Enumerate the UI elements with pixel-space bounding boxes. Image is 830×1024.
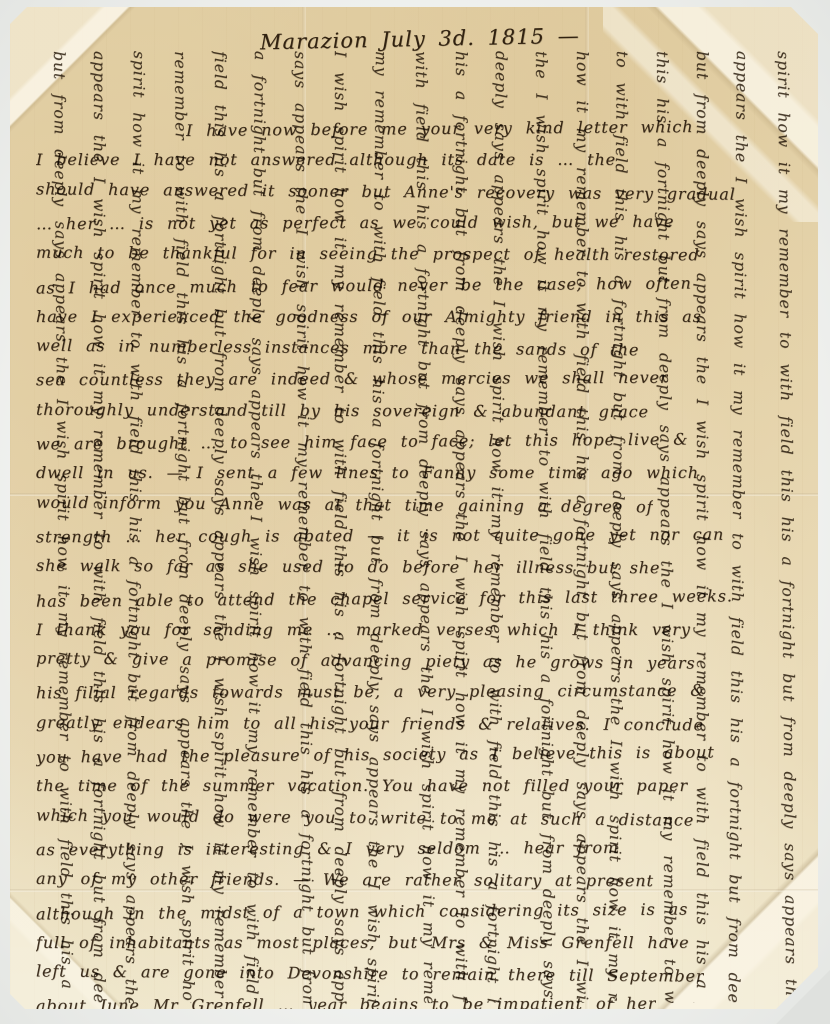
handwriting-line: dwell in us. — I sent a few lines to Fan…: [36, 463, 699, 482]
handwriting-line: … her … is not yet as perfect as we coul…: [36, 212, 674, 233]
handwriting-line: I have now before me your very kind lett…: [186, 117, 694, 140]
handwriting-line: thoroughly understand till by his sovere…: [36, 400, 649, 421]
handwriting-line: have I experienced the goodness of our A…: [36, 307, 702, 326]
handwriting-line: any of my other friends. — We are rather…: [36, 869, 654, 890]
scanned-letter: Marazion July 3d. 1815 — but from deeply…: [0, 0, 830, 1024]
letter-dateline: Marazion July 3d. 1815 —: [260, 24, 580, 55]
handwriting-line: greatly endears him to all his your frie…: [36, 712, 704, 734]
handwriting-line: about June Mr Grenfell … year begins to …: [36, 994, 656, 1015]
handwriting-line: as everything is interesting & I very se…: [36, 838, 619, 859]
cross-writing-column: spirit how it my remember to with field …: [774, 51, 800, 1003]
handwriting-line: sea countless they are indeed & whose me…: [36, 368, 669, 389]
handwriting-line: full of inhabitants as most places, but …: [36, 933, 689, 952]
handwriting-line: his filial regards towards must be, a ve…: [36, 681, 706, 703]
letter-paper: Marazion July 3d. 1815 — but from deeply…: [10, 7, 818, 1009]
handwriting-line: much to be thankful for in seeing the pr…: [36, 243, 700, 265]
handwriting-line: I thank you for sending me … marked vers…: [36, 620, 691, 639]
handwriting-line: the time of the summer vacation. You hav…: [36, 776, 688, 795]
handwriting-line: strength … her cough is abated — it is n…: [36, 525, 724, 547]
handwriting-line: she walk so far as she used to do before…: [36, 556, 660, 577]
handwriting-line: I believe I have not answered although i…: [36, 150, 616, 169]
